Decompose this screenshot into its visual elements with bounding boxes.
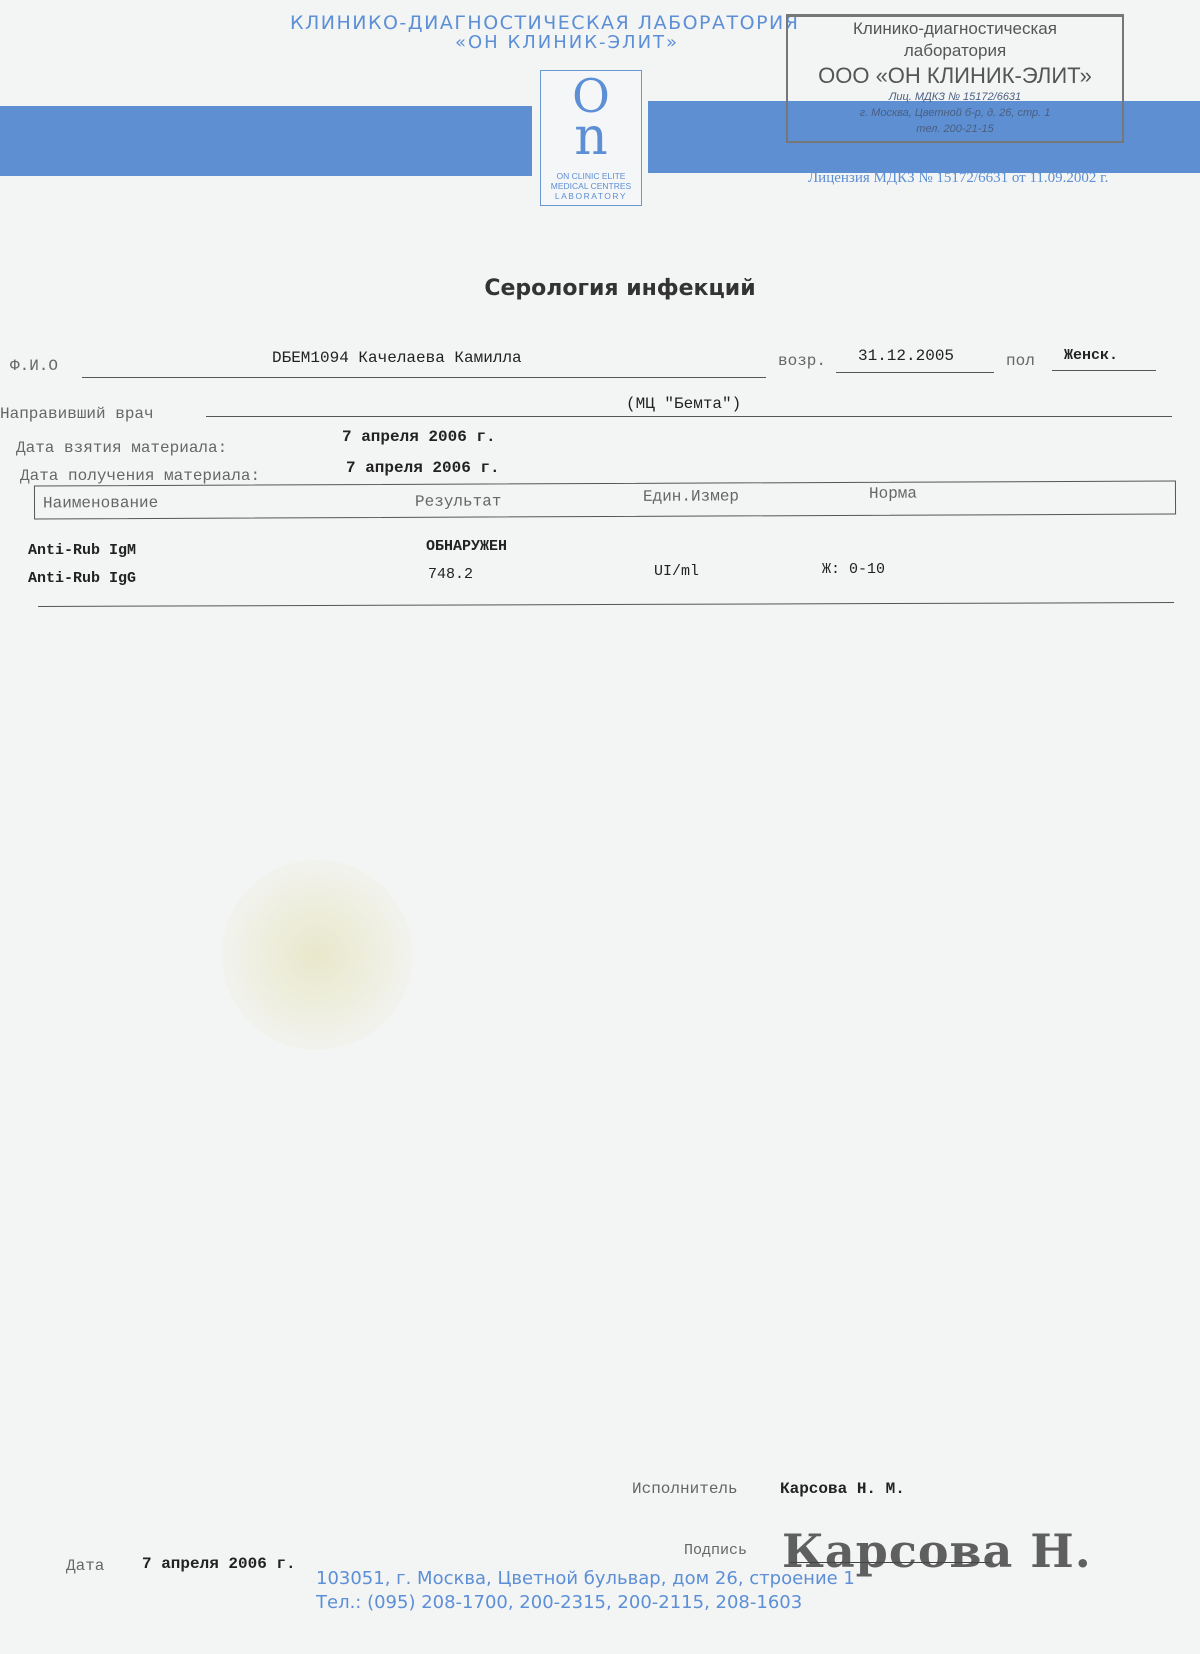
stamp-line: Клинико-диагностическая	[788, 19, 1122, 39]
stamp-line: ООО «ОН КЛИНИК-ЭЛИТ»	[788, 63, 1122, 89]
received-label: Дата получения материала:	[20, 467, 260, 485]
date-value: 7 апреля 2006 г.	[142, 1555, 296, 1573]
header-band-left	[0, 106, 532, 176]
received-value: 7 апреля 2006 г.	[346, 459, 500, 477]
fio-underline	[82, 377, 766, 378]
collected-label: Дата взятия материала:	[16, 439, 227, 457]
sex-value: Женск.	[1064, 347, 1118, 364]
row-result: 748.2	[428, 566, 473, 583]
license-text: Лицензия МДКЗ № 15172/6631 от 11.09.2002…	[808, 170, 1108, 187]
lab-name-header: КЛИНИКО-ДИАГНОСТИЧЕСКАЯ ЛАБОРАТОРИЯ	[290, 12, 799, 34]
fio-value: DБЕМ1094 Качелаева Камилла	[272, 349, 522, 367]
doctor-underline	[206, 416, 1172, 417]
row-name: Anti-Rub IgM	[28, 542, 136, 559]
phone-line: Тел.: (095) 208-1700, 200-2315, 200-2115…	[316, 1592, 802, 1613]
logo-caption: ON CLINIC ELITE MEDICAL CENTRES LABORATO…	[541, 171, 641, 201]
lab-brand-header: «ОН КЛИНИК-ЭЛИТ»	[455, 32, 679, 53]
performer-label: Исполнитель	[632, 1480, 738, 1498]
row-norm: Ж: 0-10	[822, 561, 885, 578]
logo-caption-line: LABORATORY	[541, 191, 641, 201]
dob-value: 31.12.2005	[858, 347, 954, 365]
table-bottom-rule	[38, 602, 1174, 607]
clinic-logo: O n ON CLINIC ELITE MEDICAL CENTRES LABO…	[540, 70, 642, 206]
logo-letter-n: n	[541, 111, 641, 163]
logo-caption-line: MEDICAL CENTRES	[541, 181, 641, 191]
document-title: Серология инфекций	[0, 276, 1200, 301]
doctor-value: (МЦ "Бемта")	[626, 395, 741, 413]
column-header-result: Результат	[415, 492, 501, 510]
signature-label: Подпись	[684, 1542, 747, 1559]
doctor-label: Направивший врач	[0, 405, 154, 423]
fio-label: Ф.И.О	[10, 357, 58, 375]
stamp-line: тел. 200-21-15	[788, 123, 1122, 135]
column-header-norm: Норма	[869, 485, 917, 503]
lab-stamp: Клинико-диагностическая лаборатория ООО …	[786, 14, 1124, 143]
column-header-unit: Един.Измер	[643, 487, 739, 505]
date-label: Дата	[66, 1557, 104, 1575]
collected-value: 7 апреля 2006 г.	[342, 428, 496, 446]
column-header-name: Наименование	[43, 494, 158, 513]
sex-underline	[1052, 370, 1156, 371]
sex-label: пол	[1006, 352, 1035, 370]
performer-value: Карсова Н. М.	[780, 1480, 905, 1498]
row-unit: UI/ml	[654, 563, 699, 580]
stamp-line: лаборатория	[788, 41, 1122, 61]
dob-underline	[836, 372, 994, 373]
stamp-line: Лиц. МДКЗ № 15172/6631	[788, 91, 1122, 103]
dob-label: возр.	[778, 352, 826, 370]
row-result: ОБНАРУЖЕН	[426, 538, 507, 555]
paper-stain	[222, 860, 412, 1050]
address-line: 103051, г. Москва, Цветной бульвар, дом …	[316, 1568, 855, 1589]
logo-caption-line: ON CLINIC ELITE	[541, 171, 641, 181]
row-name: Anti-Rub IgG	[28, 570, 136, 587]
stamp-line: г. Москва, Цветной б-р, д. 26, стр. 1	[788, 107, 1122, 119]
signature-strike	[790, 1562, 990, 1563]
results-table-header: Наименование Результат Един.Измер Норма	[34, 481, 1176, 520]
